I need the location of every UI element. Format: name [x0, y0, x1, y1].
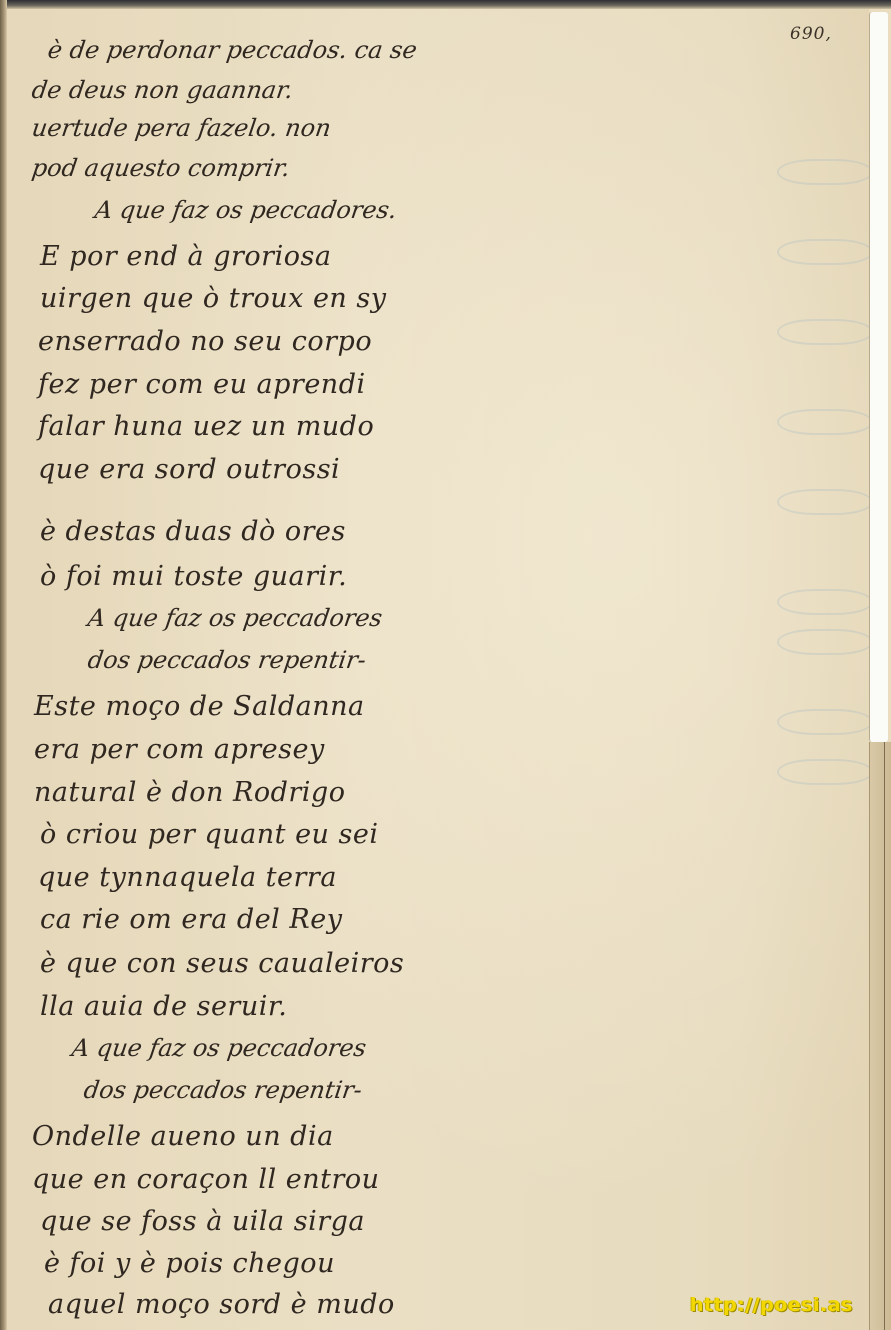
manuscript-line: enserrado no seu corpo [38, 326, 372, 357]
watermark-flourish [777, 709, 873, 735]
manuscript-line: è que con seus caualeiros [40, 948, 404, 979]
watermark-flourish [777, 489, 873, 515]
manuscript-line: lla auia de seruir. [40, 991, 287, 1022]
manuscript-line: A que faz os peccadores [86, 604, 384, 632]
manuscript-line: E por end à groriosa [40, 241, 331, 272]
manuscript-line: fez per com eu aprendi [38, 369, 366, 400]
manuscript-line: ò criou per quant eu sei [40, 819, 379, 850]
watermark-flourish [777, 629, 873, 655]
manuscript-line: que en coraçon ll entrou [32, 1164, 380, 1195]
manuscript-line: ca rie om era del Rey [40, 904, 342, 935]
manuscript-line: falar huna uez un mudo [38, 411, 374, 442]
page-edge-line [884, 742, 885, 1330]
manuscript-line: dos peccados repentir- [82, 1076, 364, 1104]
manuscript-line: è de perdonar peccados. ca se [46, 36, 419, 64]
manuscript-line: Ondelle aueno un dia [32, 1121, 334, 1152]
watermark-url: http://poesi.as [690, 1294, 853, 1316]
manuscript-line: que tynnaquela terra [38, 862, 337, 893]
watermark-flourish [777, 759, 873, 785]
page-edge-strip [869, 742, 891, 1330]
manuscript-line: uirgen que ò troux en sy [40, 283, 387, 314]
scan-top-edge [0, 0, 891, 9]
manuscript-line: que era sord outrossi [38, 454, 340, 485]
manuscript-line: è destas duas dò ores [40, 516, 346, 547]
manuscript-line: que se foss à uila sirga [40, 1206, 365, 1237]
manuscript-line: natural è don Rodrigo [34, 777, 345, 808]
watermark-flourish [777, 319, 873, 345]
manuscript-line: A que faz os peccadores [70, 1034, 368, 1062]
manuscript-line: dos peccados repentir- [86, 646, 368, 674]
manuscript-line: era per com apresey [34, 734, 325, 765]
folio-number: 690, [790, 24, 832, 44]
manuscript-line: ò foi mui toste guarir. [40, 561, 347, 592]
manuscript-line: aquel moço sord è mudo [48, 1289, 395, 1320]
manuscript-line: uertude pera fazelo. non [30, 114, 333, 142]
manuscript-line: A que faz os peccadores. [93, 196, 399, 224]
book-spine-edge [0, 0, 7, 1330]
watermark-flourish [777, 239, 873, 265]
page-edge-tab [869, 12, 888, 742]
watermark-flourish [777, 409, 873, 435]
manuscript-line: pod aquesto comprir. [30, 154, 292, 182]
watermark-flourish [777, 159, 873, 185]
watermark-flourish [777, 589, 873, 615]
manuscript-line: Este moço de Saldanna [34, 691, 365, 722]
manuscript-line: de deus non gaannar. [30, 76, 295, 104]
manuscript-line: è foi y è pois chegou [44, 1248, 335, 1279]
